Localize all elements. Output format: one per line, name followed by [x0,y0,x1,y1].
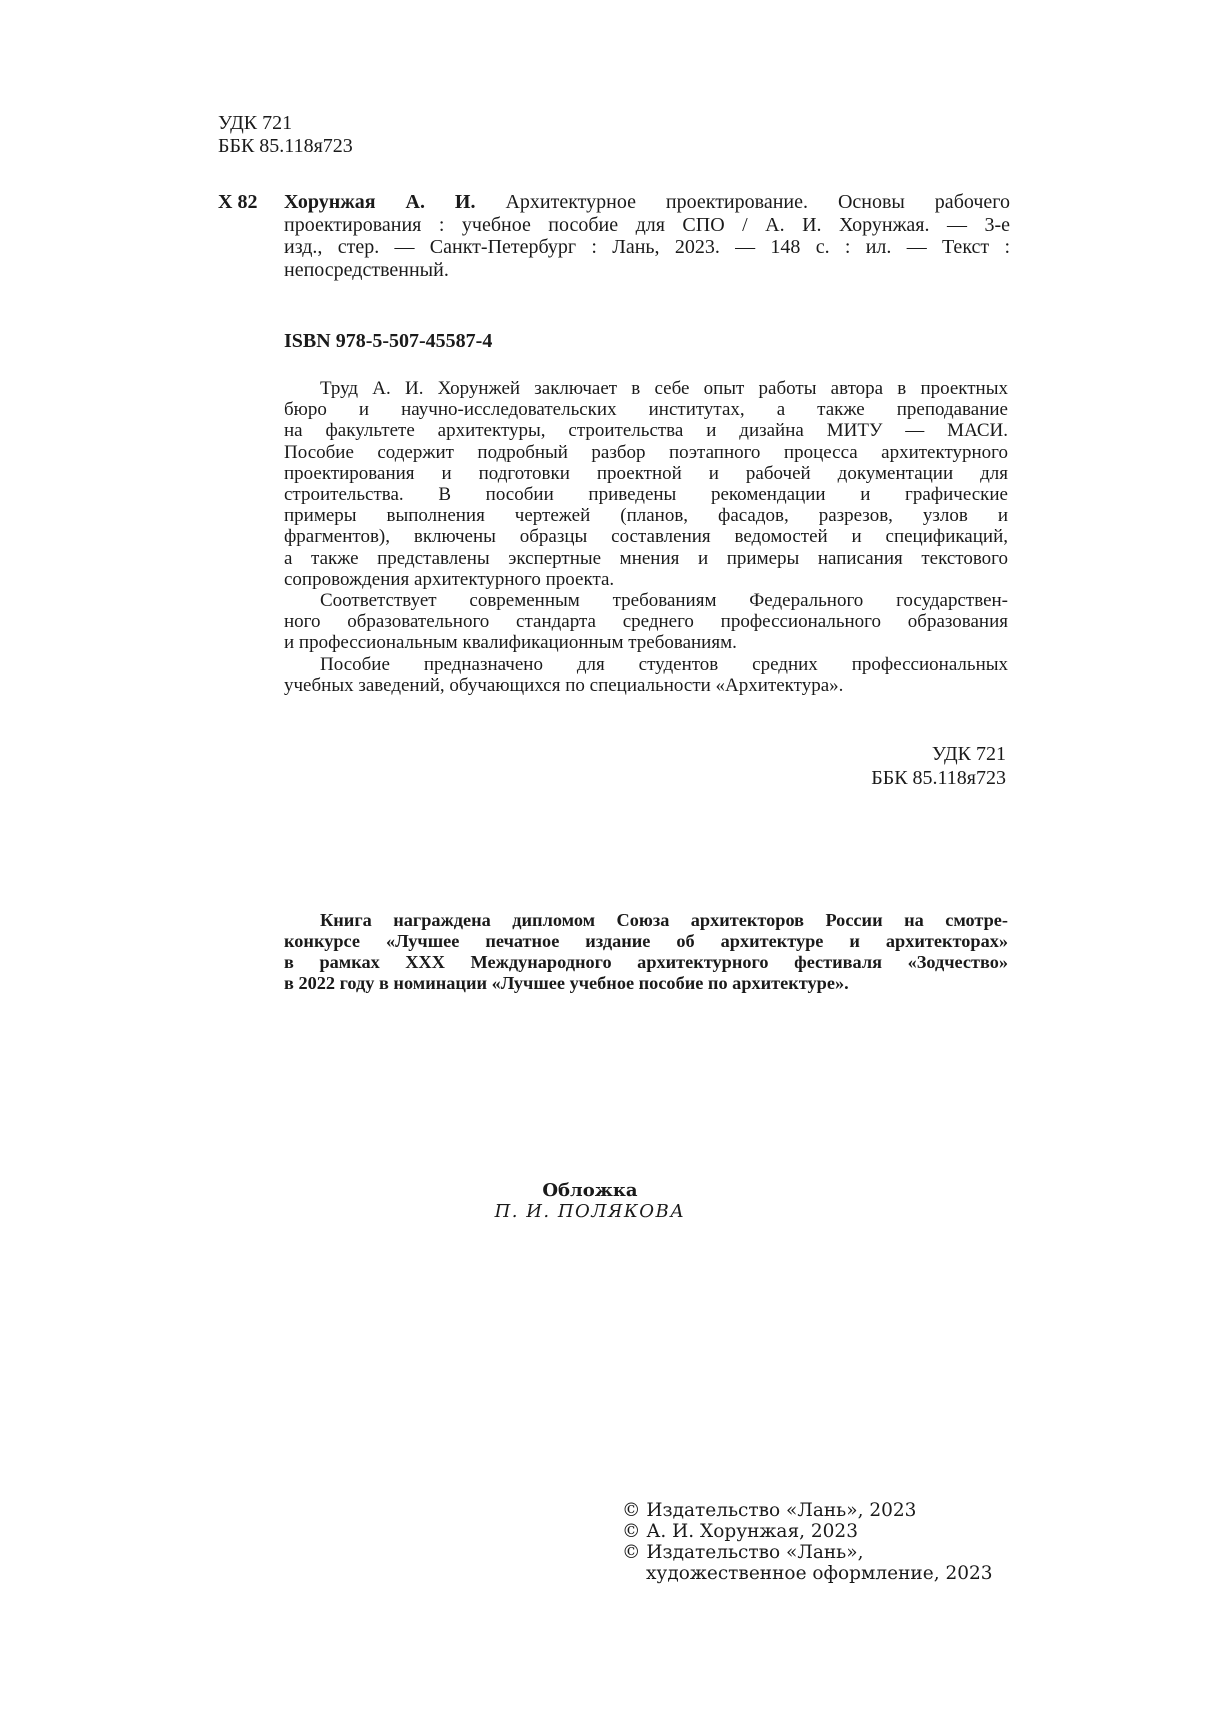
award-note: Книга награждена дипломом Союза архитект… [284,910,1008,994]
classification-codes-bottom: УДК 721 ББК 85.118я723 [780,743,1006,790]
isbn: ISBN 978-5-507-45587-4 [284,330,492,353]
copyright-line: © А. И. Хорунжая, 2023 [622,1521,993,1542]
annotation-line: Соответствует современным требованиям Фе… [284,590,1008,611]
bibliographic-description: Хорунжая А. И. Архитектурное проектирова… [284,191,1010,281]
bbk-code: ББК 85.118я723 [218,135,353,158]
annotation-line: проектирования и подготовки проектной и … [284,463,1008,484]
copyright-line: © Издательство «Лань», [622,1542,993,1563]
cover-credit: Обложка П. И. ПОЛЯКОВА [440,1180,740,1222]
annotation-line: строительства. В пособии приведены реком… [284,484,1008,505]
cover-label: Обложка [440,1180,740,1201]
udk-code: УДК 721 [218,112,353,135]
annotation-line: и профессиональным квалификационным треб… [284,632,1008,653]
award-line: в рамках XXX Международного архитектурно… [284,952,1008,973]
annotation-line: Пособие содержит подробный разбор поэтап… [284,442,1008,463]
cover-designer: П. И. ПОЛЯКОВА [440,1201,740,1222]
copyright-block: © Издательство «Лань», 2023 © А. И. Хору… [622,1500,993,1584]
annotation-line: а также представлены экспертные мнения и… [284,548,1008,569]
award-line: Книга награждена дипломом Союза архитект… [284,910,1008,931]
annotation-line: Пособие предназначено для студентов сред… [284,654,1008,675]
biblio-line: изд., стер. — Санкт-Петербург : Лань, 20… [284,236,1010,259]
annotation-line: примеры выполнения чертежей (планов, фас… [284,505,1008,526]
author-name: Хорунжая А. И. [284,191,475,213]
annotation-line: ного образовательного стандарта среднего… [284,611,1008,632]
award-line: конкурсе «Лучшее печатное издание об арх… [284,931,1008,952]
annotation-line: учебных заведений, обучающихся по специа… [284,675,1008,696]
udk-code: УДК 721 [780,743,1006,767]
award-line: в 2022 году в номинации «Лучшее учебное … [284,973,1008,994]
annotation-line: Труд А. И. Хорунжей заключает в себе опы… [284,378,1008,399]
copyright-line: художественное оформление, 2023 [622,1563,993,1584]
annotation-line: бюро и научно-исследовательских институт… [284,399,1008,420]
copyright-line: © Издательство «Лань», 2023 [622,1500,993,1521]
annotation-line: фрагментов), включены образцы составлени… [284,526,1008,547]
biblio-line: Хорунжая А. И. Архитектурное проектирова… [284,191,1010,214]
biblio-line: непосредственный. [284,259,1010,282]
annotation: Труд А. И. Хорунжей заключает в себе опы… [284,378,1008,696]
annotation-line: сопровождения архитектурного проекта. [284,569,1008,590]
bbk-code: ББК 85.118я723 [780,767,1006,791]
author-mark: Х 82 [218,191,257,214]
annotation-line: на факультете архитектуры, строительства… [284,420,1008,441]
classification-codes-top: УДК 721 ББК 85.118я723 [218,112,353,158]
biblio-line: проектирования : учебное пособие для СПО… [284,214,1010,237]
